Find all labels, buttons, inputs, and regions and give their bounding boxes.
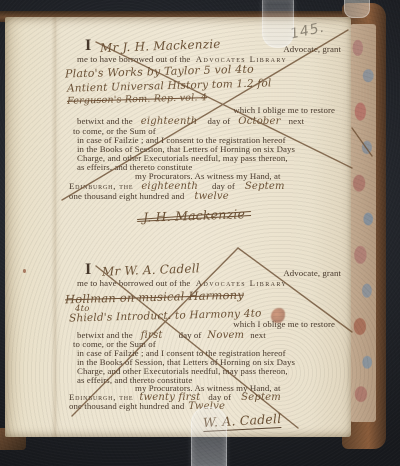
marbled-fore-edge [350, 24, 376, 422]
library-name-text: Advocates Library [196, 278, 287, 288]
gutter-crease [51, 17, 61, 437]
book-title-handwriting-struck: Ferguson's Rom. Rep. vol. 4 [67, 92, 207, 107]
borrow-entry-mackenzie: I Mr J. H. Mackenzie Advocate, grant me … [63, 38, 349, 238]
return-month-handwriting: Novem [207, 330, 244, 341]
signature-handwriting: J. H. Mackenzie [143, 206, 246, 225]
oblige-text: which I oblige me to restore [233, 105, 335, 115]
drop-cap: I [85, 261, 91, 278]
borrowed-prefix-text: me to have borrowed out of the [77, 54, 190, 64]
year-word-handwriting: twelve [194, 191, 228, 202]
corner-tab [344, 0, 370, 18]
edinburgh-text: Edinburgh, the [69, 181, 133, 191]
borrowed-line: me to have borrowed out of the Advocates… [77, 54, 287, 64]
year-line: one thousand eight hundred and twelve [69, 191, 229, 202]
advocate-grant-text: Advocate, grant [283, 268, 341, 278]
signature-line: J. H. Mackenzie [143, 208, 245, 223]
entry-opening-line: I Mr J. H. Mackenzie [85, 38, 220, 54]
day-of-text: day of [207, 116, 230, 126]
oblige-text: which I oblige me to restore [233, 319, 335, 329]
year-prefix-text: one thousand eight hundred and [69, 401, 184, 411]
day-of-text: day of [179, 330, 202, 340]
year-prefix-text: one thousand eight hundred and [69, 191, 184, 201]
drop-cap: I [85, 37, 91, 54]
signed-month-handwriting: Septem [245, 181, 285, 192]
borrowed-line: me to have borrowed out of the Advocates… [77, 278, 287, 288]
next-text: next [289, 116, 305, 126]
entry-opening-line: I Mr W. A. Cadell [85, 262, 199, 278]
book-title-handwriting-2: Antient Universal History tom 1.2 fol [67, 77, 272, 94]
page-weight-strip-top [262, 0, 294, 48]
ink-speck [23, 269, 26, 273]
betwixt-text: betwixt and the [77, 116, 133, 126]
photograph-of-register-page: 145. I Mr J. H. Mackenzie Advocate, gran… [0, 0, 400, 466]
borrower-name-handwriting: Mr W. A. Cadell [101, 261, 199, 278]
page-weight-strip-bottom [191, 407, 227, 466]
next-text: next [250, 330, 266, 340]
signed-month-handwriting: Septem [241, 392, 281, 403]
day-of-text: day of [212, 181, 235, 191]
procurators-text: my Procurators. As witness my Hand, at [135, 171, 281, 181]
register-page: 145. I Mr J. H. Mackenzie Advocate, gran… [5, 17, 351, 437]
advocate-grant-text: Advocate, grant [283, 44, 341, 54]
borrowed-prefix-text: me to have borrowed out of the [77, 278, 190, 288]
book-title-handwriting-struck: Hollman on musical Harmony [65, 288, 244, 307]
borrower-name-handwriting: Mr J. H. Mackenzie [99, 37, 220, 55]
return-month-handwriting: October [238, 116, 280, 127]
